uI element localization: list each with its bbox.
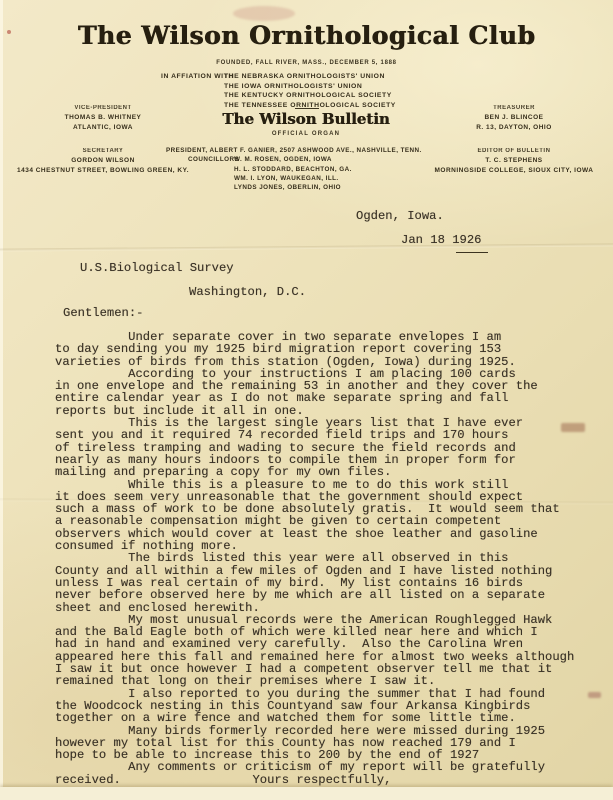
officer-address: R. 13, DAYTON, OHIO bbox=[422, 123, 606, 133]
recipient-city: Washington, D.C. bbox=[189, 285, 306, 299]
letter-line: sheet and enclosed herewith. bbox=[55, 602, 574, 614]
officer-name: T. C. STEPHENS bbox=[422, 156, 606, 166]
affiliation-prefix: IN AFFIATION WITH bbox=[161, 72, 224, 82]
letter-line: to day sending you my 1925 bird migratio… bbox=[55, 343, 574, 355]
right-officers-column: TREASURER BEN J. BLINCOE R. 13, DAYTON, … bbox=[422, 103, 606, 189]
paper-bottom-edge bbox=[0, 787, 613, 800]
paper-left-edge bbox=[0, 0, 3, 800]
letter-place: Ogden, Iowa. bbox=[356, 209, 444, 223]
small-ink-mark bbox=[588, 692, 601, 698]
divider-rule bbox=[295, 108, 319, 109]
officer-name: BEN J. BLINCOE bbox=[422, 113, 606, 123]
president-line: PRESIDENT, ALBERT F. GANIER, 2507 ASHWOO… bbox=[166, 146, 446, 155]
letter-line: While this is a pleasure to me to do thi… bbox=[55, 479, 574, 491]
officer-title: EDITOR OF BULLETIN bbox=[422, 146, 606, 156]
letter-line: Many birds formerly recorded here were m… bbox=[55, 725, 574, 737]
affiliation-line: IN AFFIATION WITHTHE NEBRASKA ORNITHOLOG… bbox=[161, 72, 396, 82]
letter-line: sent you and it required 74 recorded fie… bbox=[55, 429, 574, 441]
affiliation-society: THE IOWA ORNITHOLOGISTS' UNION bbox=[161, 82, 396, 92]
letter-date: Jan 18 1926 bbox=[401, 233, 481, 247]
bulletin-block: The Wilson Bulletin OFFICIAL ORGAN PRESI… bbox=[166, 110, 446, 192]
letter-line: entire calendar year as I do not make se… bbox=[55, 392, 574, 404]
councillor-name: W. M. ROSEN, OGDEN, IOWA bbox=[234, 156, 332, 163]
affiliation-society: THE KENTUCKY ORNITHOLOGICAL SOCIETY bbox=[161, 91, 396, 101]
councillor-name: WM. I. LYON, WAUKEGAN, ILL. bbox=[166, 174, 446, 183]
officer-treasurer: TREASURER BEN J. BLINCOE R. 13, DAYTON, … bbox=[422, 103, 606, 133]
letter-line: remained that long on their premises whe… bbox=[55, 675, 574, 687]
divider-rule bbox=[456, 252, 488, 253]
letter-body: Under separate cover in two separate env… bbox=[55, 331, 574, 786]
bulletin-name: The Wilson Bulletin bbox=[166, 110, 446, 128]
letter-line: received. Yours respectfully, bbox=[55, 774, 574, 786]
councillors-label: COUNCILLORS bbox=[166, 155, 234, 164]
pink-stain bbox=[233, 6, 295, 21]
scanned-letter: The Wilson Ornithological Club FOUNDED, … bbox=[0, 0, 613, 800]
letter-line: Any comments or criticism of my report w… bbox=[55, 761, 574, 773]
affiliation-society: THE NEBRASKA ORNITHOLOGISTS' UNION bbox=[224, 73, 385, 80]
affiliations-block: IN AFFIATION WITHTHE NEBRASKA ORNITHOLOG… bbox=[161, 72, 396, 111]
letter-line: never before observed here by me which a… bbox=[55, 589, 574, 601]
letter-line: The birds listed this year were all obse… bbox=[55, 552, 574, 564]
letter-line: a reasonable compensation might be given… bbox=[55, 515, 574, 527]
bulletin-subtitle: OFFICIAL ORGAN bbox=[166, 131, 446, 137]
president-councillors-block: PRESIDENT, ALBERT F. GANIER, 2507 ASHWOO… bbox=[166, 146, 446, 192]
letter-line: together on a wire fence and watched the… bbox=[55, 712, 574, 724]
officer-address: MORNINGSIDE COLLEGE, SIOUX CITY, IOWA bbox=[422, 166, 606, 176]
officer-title: TREASURER bbox=[422, 103, 606, 113]
founded-line: FOUNDED, FALL RIVER, MASS., DECEMBER 5, … bbox=[0, 60, 613, 66]
letter-line: mailing and preparing a copy for my own … bbox=[55, 466, 574, 478]
salutation: Gentlemen:- bbox=[63, 306, 143, 320]
councillor-name: LYNDS JONES, OBERLIN, OHIO bbox=[166, 183, 446, 192]
letter-line: had in hand and examined very carefully.… bbox=[55, 638, 574, 650]
councillor-name: H. L. STODDARD, BEACHTON, GA. bbox=[166, 165, 446, 174]
councillor-line: COUNCILLORSW. M. ROSEN, OGDEN, IOWA bbox=[166, 155, 446, 164]
club-name-title: The Wilson Ornithological Club bbox=[0, 21, 613, 50]
recipient-name: U.S.Biological Survey bbox=[80, 261, 234, 275]
officer-editor: EDITOR OF BULLETIN T. C. STEPHENS MORNIN… bbox=[422, 146, 606, 176]
